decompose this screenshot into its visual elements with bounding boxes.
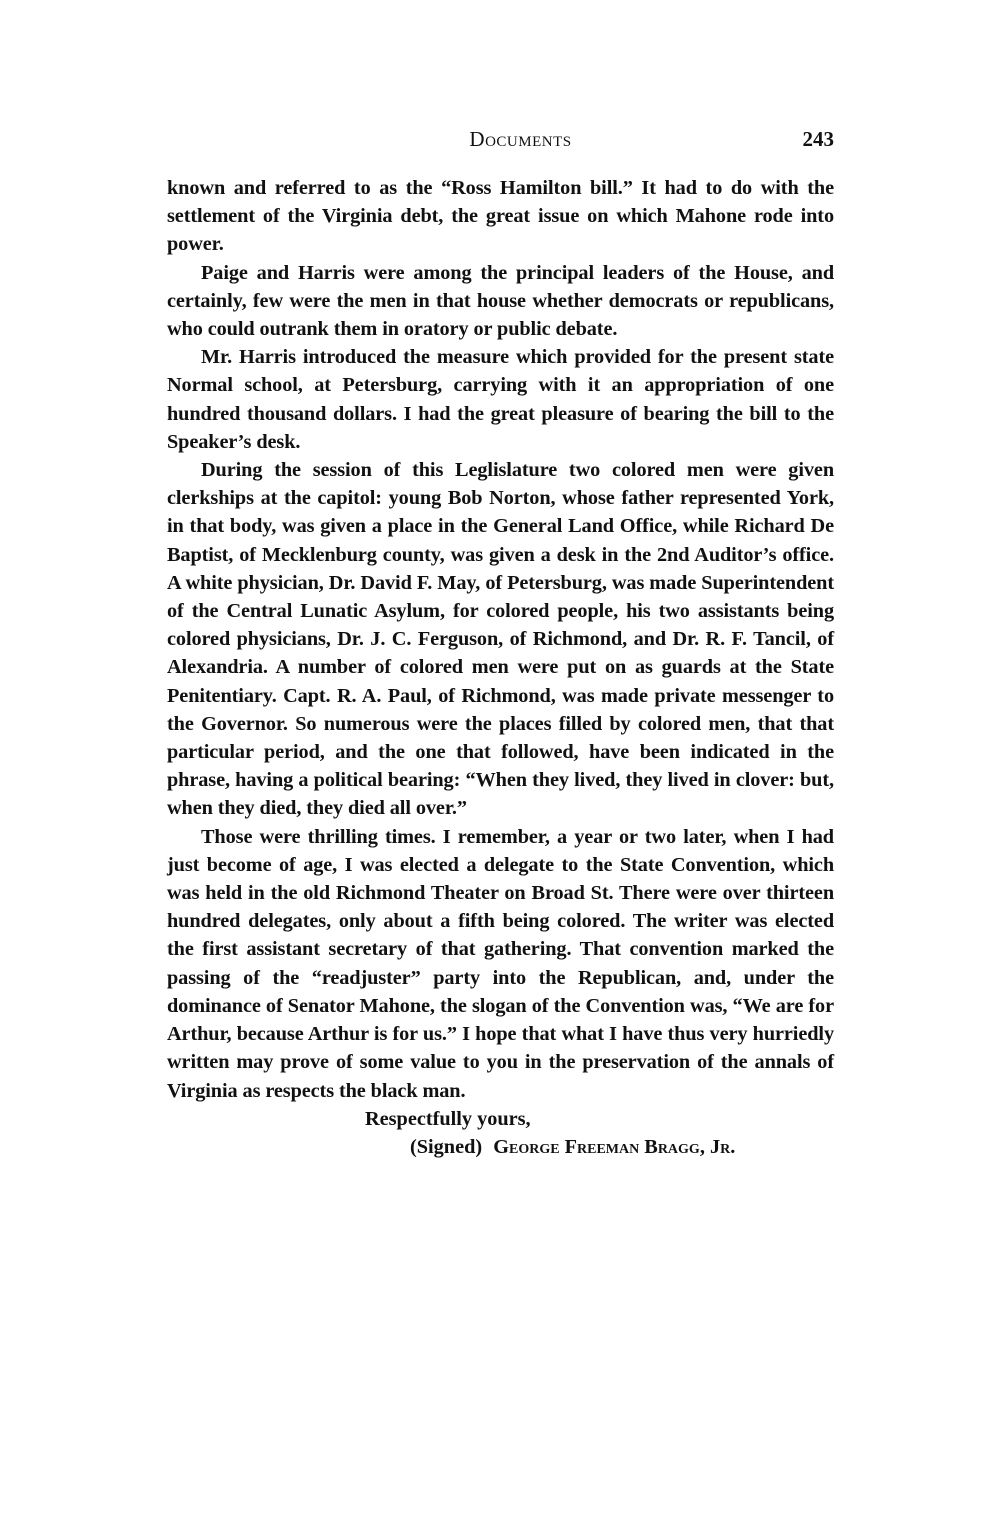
signed-label: (Signed) [410,1136,482,1158]
signature-line: (Signed) George Freeman Bragg, Jr. [410,1133,834,1161]
paragraph-5: Those were thrilling times. I remember, … [167,823,834,1105]
paragraph-4: During the session of this Leglislature … [167,456,834,823]
paragraph-2: Paige and Harris were among the principa… [167,259,834,344]
valediction: Respectfully yours, [365,1105,834,1133]
running-header: Documents 243 [167,122,834,156]
signatory-name: George Freeman Bragg, Jr. [493,1136,735,1158]
page-number: 243 [803,122,835,156]
letter-closing: Respectfully yours, (Signed) George Free… [167,1105,834,1161]
body-text: known and referred to as the “Ross Hamil… [167,174,834,1105]
document-page: Documents 243 known and referred to as t… [167,122,834,1161]
running-title: Documents [167,122,834,156]
paragraph-1: known and referred to as the “Ross Hamil… [167,174,834,259]
paragraph-3: Mr. Harris introduced the measure which … [167,343,834,456]
